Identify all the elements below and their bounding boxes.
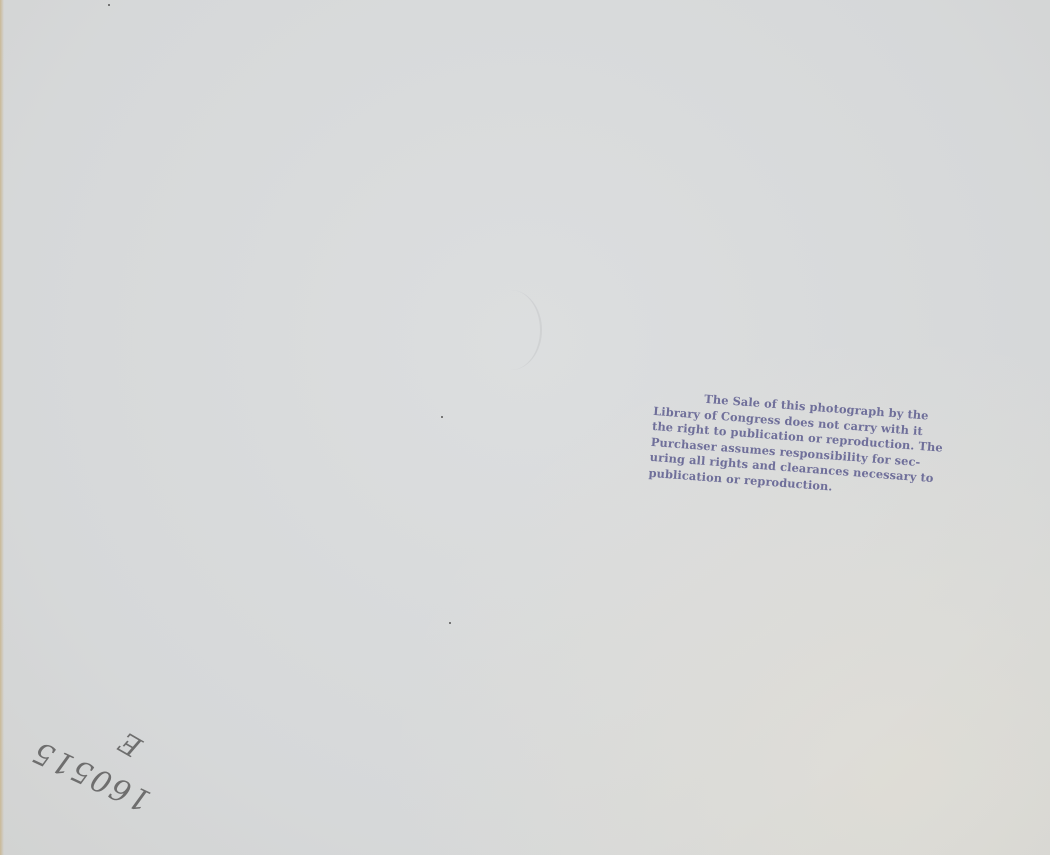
library-of-congress-stamp: The Sale of this photograph by the Libra… <box>648 388 984 505</box>
embossed-mark <box>480 290 542 370</box>
photo-back: The Sale of this photograph by the Libra… <box>0 0 1050 855</box>
speck <box>441 416 443 418</box>
speck <box>108 4 110 6</box>
speck <box>449 622 451 624</box>
handwritten-letter: E <box>113 725 147 764</box>
paper-edge <box>0 0 4 855</box>
handwritten-annotation: 160515 E <box>20 720 170 840</box>
